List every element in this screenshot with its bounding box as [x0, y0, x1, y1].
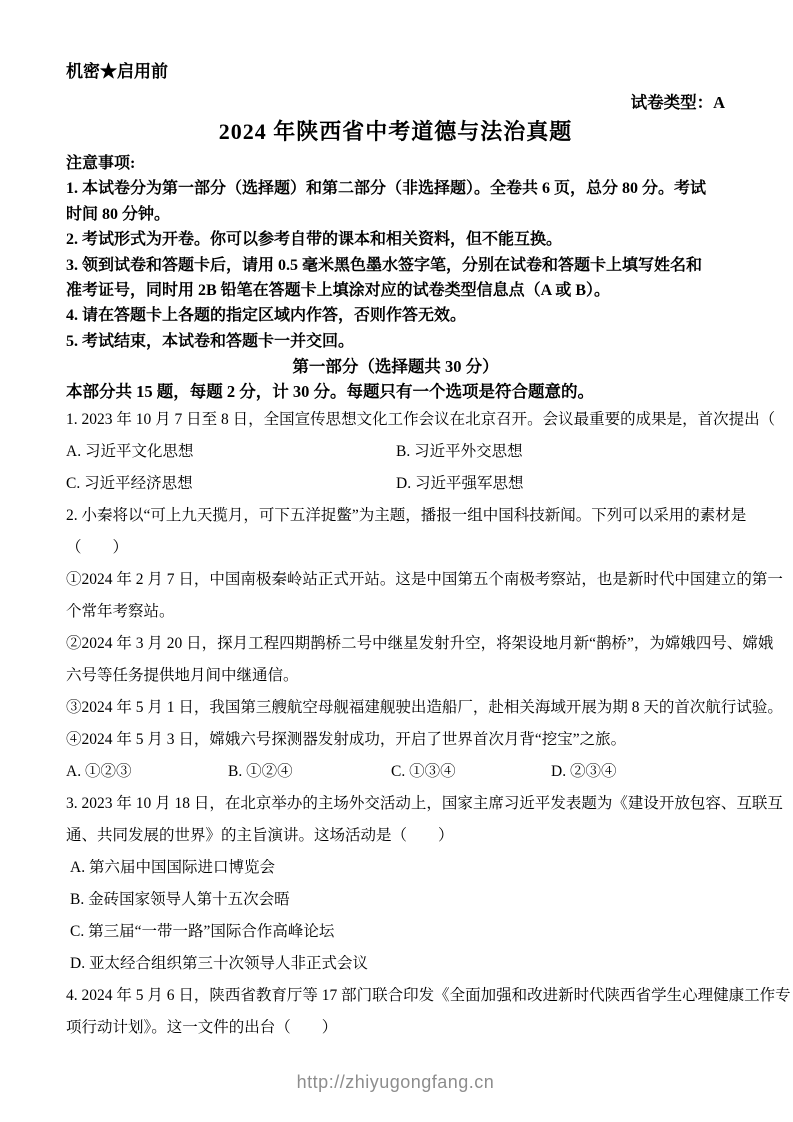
confidential-label: 机密★启用前 [66, 62, 168, 81]
question-3-stem-line2: 通、共同发展的世界》的主旨演讲。这场活动是（ ） [66, 820, 725, 852]
notice-heading: 注意事项: [66, 151, 725, 176]
question-2-material-2a: ②2024 年 3 月 20 日，探月工程四期鹊桥二号中继星发射升空，将架设地月… [66, 628, 725, 660]
page-title: 2024 年陕西省中考道德与法治真题 [66, 117, 725, 147]
question-3-option-d: D. 亚太经合组织第三十次领导人非正式会议 [66, 948, 725, 980]
question-2-material-4: ④2024 年 5 月 3 日，嫦娥六号探测器发射成功，开启了世界首次月背“挖宝… [66, 724, 725, 756]
question-4-stem-line2: 项行动计划》。这一文件的出台（ ） [66, 1012, 725, 1044]
question-1-option-d: D. 习近平强军思想 [396, 468, 725, 500]
paper-type-label: 试卷类型：A [631, 93, 725, 112]
question-2-options: A. ①②③ B. ①②④ C. ①③④ D. ②③④ [66, 756, 725, 788]
question-2-material-1b: 个常年考察站。 [66, 596, 725, 628]
question-3-option-c: C. 第三届“一带一路”国际合作高峰论坛 [66, 916, 725, 948]
section-description: 本部分共 15 题，每题 2 分，计 30 分。每题只有一个选项是符合题意的。 [66, 379, 725, 404]
question-2-stem-line2: （ ） [66, 532, 725, 564]
notice-line-2: 2. 考试形式为开卷。你可以参考自带的课本和相关资料，但不能互换。 [66, 227, 725, 252]
footer-watermark-url: http://zhiyugongfang.cn [66, 1072, 725, 1092]
question-2-material-1a: ①2024 年 2 月 7 日，中国南极秦岭站正式开站。这是中国第五个南极考察站… [66, 564, 725, 596]
question-3: 3. 2023 年 10 月 18 日，在北京举办的主场外交活动上，国家主席习近… [66, 788, 725, 980]
question-3-options: A. 第六届中国国际进口博览会 B. 金砖国家领导人第十五次会晤 C. 第三届“… [66, 852, 725, 980]
question-2-material-3: ③2024 年 5 月 1 日，我国第三艘航空母舰福建舰驶出造船厂，赴相关海域开… [66, 692, 725, 724]
notice-line-4: 4. 请在答题卡上各题的指定区域内作答，否则作答无效。 [66, 303, 725, 328]
question-3-option-a: A. 第六届中国国际进口博览会 [66, 852, 725, 884]
notice-line-3b: 准考证号，同时用 2B 铅笔在答题卡上填涂对应的试卷类型信息点（A 或 B）。 [66, 278, 725, 303]
notice-section: 注意事项: 1. 本试卷分为第一部分（选择题）和第二部分（非选择题）。全卷共 6… [66, 151, 725, 354]
section-heading: 第一部分（选择题共 30 分） [66, 354, 725, 379]
question-2-option-a: A. ①②③ [66, 756, 228, 788]
question-2: 2. 小秦将以“可上九天揽月，可下五洋捉鳖”为主题，播报一组中国科技新闻。下列可… [66, 500, 725, 788]
notice-line-5: 5. 考试结束，本试卷和答题卡一并交回。 [66, 329, 725, 354]
question-2-option-b: B. ①②④ [228, 756, 391, 788]
exam-paper-page: 机密★启用前 试卷类型：A 2024 年陕西省中考道德与法治真题 注意事项: 1… [0, 0, 793, 1122]
question-2-option-c: C. ①③④ [391, 756, 551, 788]
question-1-option-b: B. 习近平外交思想 [396, 436, 725, 468]
question-1-options: A. 习近平文化思想 B. 习近平外交思想 C. 习近平经济思想 D. 习近平强… [66, 436, 725, 500]
notice-line-1a: 1. 本试卷分为第一部分（选择题）和第二部分（非选择题）。全卷共 6 页，总分 … [66, 176, 725, 201]
question-2-stem-line1: 2. 小秦将以“可上九天揽月，可下五洋捉鳖”为主题，播报一组中国科技新闻。下列可… [66, 500, 725, 532]
notice-line-1b: 时间 80 分钟。 [66, 202, 725, 227]
notice-line-3a: 3. 领到试卷和答题卡后，请用 0.5 毫米黑色墨水签字笔，分别在试卷和答题卡上… [66, 253, 725, 278]
question-2-option-d: D. ②③④ [551, 756, 725, 788]
question-1-stem: 1. 2023 年 10 月 7 日至 8 日，全国宣传思想文化工作会议在北京召… [66, 404, 725, 436]
question-1: 1. 2023 年 10 月 7 日至 8 日，全国宣传思想文化工作会议在北京召… [66, 404, 725, 500]
question-1-option-a: A. 习近平文化思想 [66, 436, 396, 468]
question-3-option-b: B. 金砖国家领导人第十五次会晤 [66, 884, 725, 916]
question-3-stem-line1: 3. 2023 年 10 月 18 日，在北京举办的主场外交活动上，国家主席习近… [66, 788, 725, 820]
questions-area: 1. 2023 年 10 月 7 日至 8 日，全国宣传思想文化工作会议在北京召… [66, 404, 725, 1044]
question-4-stem-line1: 4. 2024 年 5 月 6 日，陕西省教育厅等 17 部门联合印发《全面加强… [66, 980, 725, 1012]
question-4: 4. 2024 年 5 月 6 日，陕西省教育厅等 17 部门联合印发《全面加强… [66, 980, 725, 1044]
question-2-material-2b: 六号等任务提供地月间中继通信。 [66, 660, 725, 692]
question-1-option-c: C. 习近平经济思想 [66, 468, 396, 500]
